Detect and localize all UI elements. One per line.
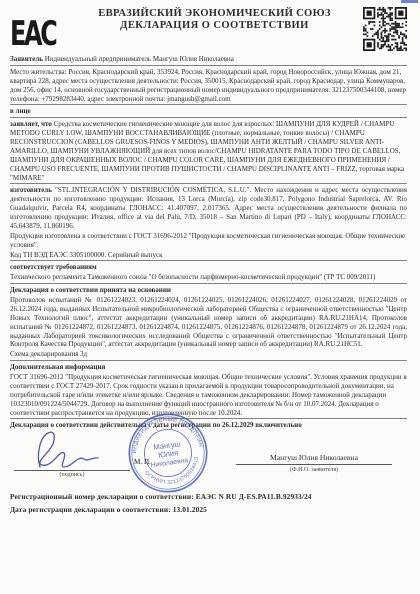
applicant-label: Заявитель — [10, 55, 43, 63]
divider — [10, 418, 407, 419]
divider — [10, 183, 407, 184]
applicant-value: Индивидуальный предприниматель Мангуш Юл… — [45, 55, 234, 63]
divider — [10, 360, 407, 361]
tnved-line: Код ТН ВЭД ЕАЭС 3305100000. Серийный вып… — [10, 251, 407, 260]
divider — [10, 65, 407, 66]
divider — [10, 283, 407, 284]
registration-date-line: Дата регистрации декларации о соответств… — [10, 505, 407, 514]
declares-text: Средства косметические гигиенические мою… — [10, 120, 404, 181]
signature-block: (подпись) ИНДИВИДУАЛЬНЫЙ ПРЕДПРИНИМАТЕЛЬ… — [10, 431, 407, 487]
signature-caption: (подпись) — [14, 472, 130, 478]
declaration-document: ЕАС ЕВРАЗИЙСКИЙ ЭКОНОМИЧЕСКИЙ СОЮЗ ДЕКЛА… — [0, 0, 420, 594]
manufacturer-label: изготовитель — [10, 186, 52, 194]
fio-caption: (Ф.И.О. заявителя) — [236, 467, 392, 473]
additional-text: ГОСТ 31696-2012 "Продукция косметическая… — [10, 373, 407, 417]
union-title: ЕВРАЗИЙСКИЙ ЭКОНОМИЧЕСКИЙ СОЮЗ — [66, 8, 363, 19]
applicant-fio: Мангуш Юлия Николаевна — [236, 453, 392, 465]
divider — [10, 104, 407, 105]
document-titles: ЕВРАЗИЙСКИЙ ЭКОНОМИЧЕСКИЙ СОЮЗ ДЕКЛАРАЦИ… — [66, 8, 363, 31]
basis-label: Декларация о соответствии принята на осн… — [10, 286, 407, 295]
eac-logo: ЕАС — [10, 15, 62, 54]
declares-label: заявляет, что — [10, 120, 52, 128]
stamp-name-3: Николаевна — [150, 457, 188, 469]
stamp-place-label: М. П. — [134, 458, 151, 466]
handwritten-signature — [26, 427, 106, 475]
divider — [10, 260, 407, 261]
complies-text: Технического регламента Таможенного союз… — [10, 273, 407, 282]
additional-label: Дополнительная информация — [10, 363, 407, 372]
registration-number-line: Регистрационный номер декларации о соотв… — [10, 492, 407, 501]
declares-paragraph: заявляет, что Средства косметические гиг… — [10, 120, 407, 182]
basis-text: Протоколов испытаний № 01261224023, 0126… — [10, 296, 407, 349]
in-person-label: в лице — [10, 107, 407, 116]
document-header: ЕАС ЕВРАЗИЙСКИЙ ЭКОНОМИЧЕСКИЙ СОЮЗ ДЕКЛА… — [10, 6, 407, 51]
gost-line: Продукция изготовлена в соответствии с Г… — [10, 232, 407, 250]
applicant-address: Место жительства: Россия, Краснодарский … — [10, 68, 407, 104]
manufacturer-paragraph: изготовитель "STL.INTEGRACIÓN Y DISTRIBU… — [10, 186, 407, 230]
round-stamp: ИНДИВИДУАЛЬНЫЙ ПРЕДПРИНИМАТЕЛЬ ОГРНИП 32… — [121, 406, 216, 501]
qr-code-icon — [363, 7, 407, 51]
applicant-line: Заявитель Индивидуальный предприниматель… — [10, 55, 407, 64]
scheme-line: Схема декларирования 3д — [10, 350, 407, 359]
divider — [10, 117, 407, 118]
manufacturer-text: "STL.INTEGRACIÓN Y DISTRIBUCIÓN COSMÉTIC… — [10, 186, 407, 230]
complies-label: соответствует требованиям — [10, 263, 407, 272]
scan-corner-mark — [401, 0, 418, 3]
document-title: ДЕКЛАРАЦИЯ О СООТВЕТСТВИИ — [66, 20, 363, 31]
